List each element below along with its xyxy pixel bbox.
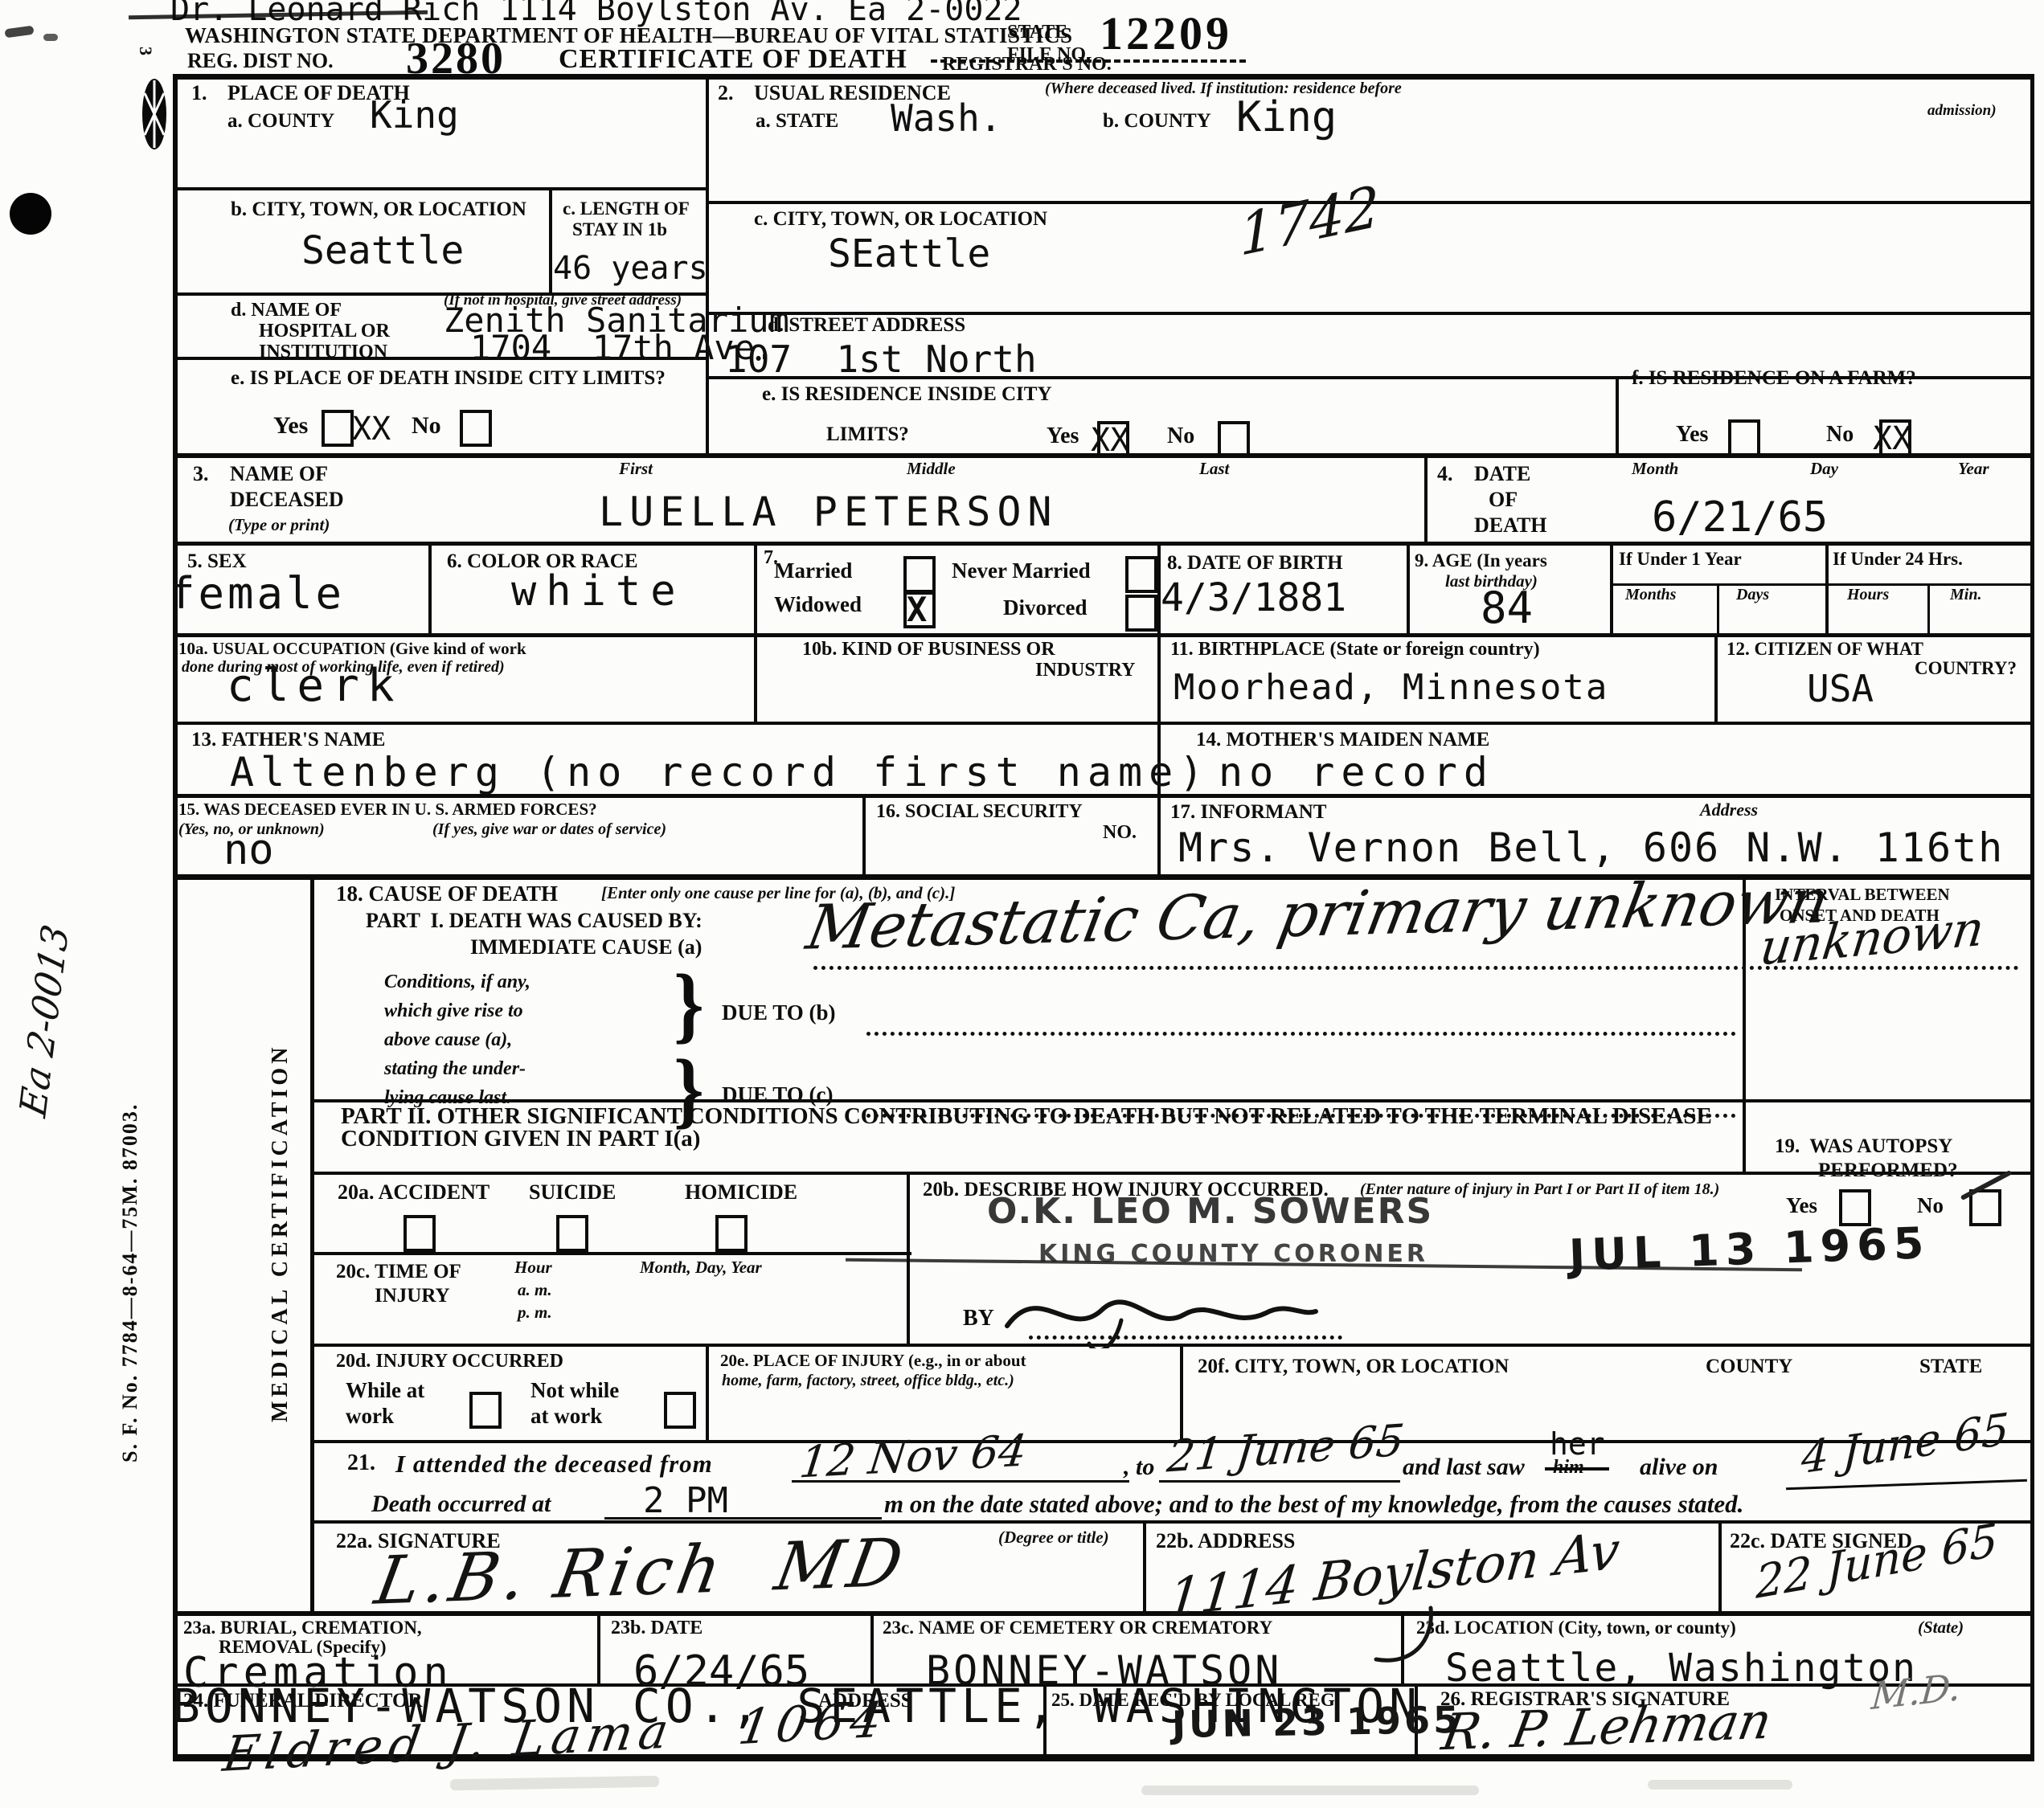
birthplace-label: 11. BIRTHPLACE (State or foreign country…	[1170, 640, 1540, 660]
injury-mdy-label: Month, Day, Year	[640, 1258, 762, 1276]
armed-forces-hint-2: (If yes, give war or dates of service)	[432, 821, 666, 838]
father-label: 13. FATHER'S NAME	[191, 730, 385, 751]
stay-value: 46 years	[553, 252, 708, 284]
item2-hint: (Where deceased lived. If institution: r…	[1045, 80, 1402, 97]
rule	[870, 1611, 874, 1683]
res-limits-no-label: No	[1167, 424, 1194, 448]
cemetery-label: 23c. NAME OF CEMETERY OR CREMATORY	[883, 1618, 1272, 1638]
location-label: 23d. LOCATION (City, town, or county)	[1416, 1618, 1736, 1638]
dod-col-year: Year	[1958, 460, 1989, 477]
dob-label: 8. DATE OF BIRTH	[1167, 553, 1343, 574]
rule	[1717, 583, 1719, 633]
attended-text-6: m on the date stated above; and to the b…	[884, 1491, 1743, 1518]
cause-part1-label: PART I. DEATH WAS CAUSED BY:	[366, 910, 702, 931]
informant-label: 17. INFORMANT	[1170, 802, 1326, 823]
accident-label: 20a. ACCIDENT	[338, 1181, 489, 1203]
attended-text-3: and last saw	[1403, 1454, 1525, 1480]
citizen-label-2: COUNTRY?	[1915, 659, 2017, 678]
item1-number: 1.	[191, 82, 207, 104]
while-at-work-label-2: work	[346, 1405, 394, 1427]
conditions-line-1: Conditions, if any,	[384, 972, 530, 992]
printer-ornament	[138, 77, 170, 151]
under24-min: Min.	[1950, 587, 1981, 603]
rule	[1825, 542, 1829, 633]
injury-occurred-label: 20d. INJURY OCCURRED	[336, 1352, 563, 1372]
occupation-label-1: 10a. USUAL OCCUPATION (Give kind of work	[178, 640, 526, 657]
rule	[1610, 542, 1613, 633]
certificate-title: CERTIFICATE OF DEATH	[559, 45, 907, 74]
injury-city-label: 20f. CITY, TOWN, OR LOCATION	[1198, 1356, 1509, 1377]
death-time-value: 2 PM	[643, 1483, 728, 1519]
mother-value: no record	[1219, 752, 1494, 792]
city-value: Seattle	[301, 231, 464, 270]
name-col-last: Last	[1199, 460, 1229, 477]
cb-married	[903, 556, 936, 593]
res-county-label: b. COUNTY	[1103, 111, 1211, 132]
under24-hours: Hours	[1847, 587, 1889, 603]
res-city-scribble: 1742	[1239, 178, 1381, 264]
autopsy-label-1: 19. WAS AUTOPSY	[1775, 1136, 1952, 1157]
mother-label: 14. MOTHER'S MAIDEN NAME	[1196, 730, 1489, 751]
scan-smudge	[1141, 1786, 1479, 1795]
business-label-2: INDUSTRY	[1035, 661, 1136, 681]
res-county-value: King	[1236, 96, 1337, 138]
cb-injury-at-work	[469, 1392, 502, 1429]
not-while-label-2: at work	[530, 1405, 602, 1427]
death-certificate-scan: 3 S. F. No. 7784—8-64—75M. 87003. MEDICA…	[0, 0, 2044, 1808]
date-received-stamp: JUN 23 1965	[1172, 1701, 1463, 1743]
date-of-death-value: 6/21/65	[1652, 497, 1828, 538]
widowed-x-mark: X	[907, 593, 927, 627]
rule	[706, 1344, 709, 1440]
street-label: d. STREET ADDRESS	[768, 315, 965, 336]
signer-address-label: 22b. ADDRESS	[1156, 1530, 1295, 1552]
dod-col-month: Month	[1632, 460, 1678, 477]
conditions-line-2: which give rise to	[384, 1001, 523, 1021]
coroner-date-stamp: JUL 13 1965	[1568, 1221, 1931, 1278]
part2-line-1: PART II. OTHER SIGNIFICANT CONDITIONS CO…	[341, 1104, 1712, 1128]
rule	[1407, 542, 1410, 633]
street-value: 107 1st North	[725, 341, 1037, 378]
injury-state-label: STATE	[1919, 1356, 1982, 1377]
armed-forces-label: 15. WAS DECEASED EVER IN U. S. ARMED FOR…	[178, 800, 597, 818]
cb-autopsy-no	[1969, 1189, 2001, 1226]
under1-title: If Under 1 Year	[1619, 550, 1742, 569]
place-of-injury-label-1: 20e. PLACE OF INJURY (e.g., in or about	[720, 1352, 1026, 1369]
rule	[173, 633, 2034, 637]
rule	[312, 1520, 2034, 1524]
location-state-label: (State)	[1918, 1618, 1964, 1636]
coroner-by-label: BY	[963, 1307, 994, 1330]
item2-number: 2.	[718, 82, 734, 104]
rule	[1159, 1480, 1400, 1483]
item3-label-3: (Type or print)	[228, 516, 330, 534]
registrar-md-note: M.D.	[1870, 1668, 1962, 1715]
rule	[173, 722, 2034, 725]
deceased-name-value: LUELLA PETERSON	[599, 492, 1059, 532]
injury-am-label: a. m.	[518, 1281, 552, 1299]
while-at-work-label-1: While at	[346, 1379, 424, 1401]
race-value: white	[511, 571, 686, 612]
form-number-margin: S. F. No. 7784—8-64—75M. 87003.	[119, 852, 141, 1462]
time-of-injury-label-1: 20c. TIME OF	[336, 1262, 461, 1282]
dob-value: 4/3/1881	[1161, 579, 1346, 617]
armed-forces-value: no	[223, 829, 274, 871]
autopsy-yes-label: Yes	[1786, 1194, 1817, 1217]
farm-yes-label: Yes	[1676, 423, 1708, 446]
res-city-label: c. CITY, TOWN, OR LOCATION	[754, 209, 1047, 230]
hospital-label-3: INSTITUTION	[259, 342, 387, 362]
not-while-label-1: Not while	[530, 1379, 619, 1401]
location-value: Seattle, Washington	[1445, 1649, 1917, 1687]
county-label: a. COUNTY	[227, 111, 334, 132]
hole-punch-dot	[10, 193, 51, 235]
rule	[1143, 1520, 1146, 1611]
rule	[549, 187, 552, 292]
item4-label-2: OF	[1489, 489, 1518, 510]
rule	[173, 542, 2034, 546]
farm-no-label: No	[1826, 423, 1854, 446]
business-label-1: 10b. KIND OF BUSINESS OR	[802, 640, 1055, 660]
citizen-label-1: 12. CITIZEN OF WHAT	[1727, 640, 1923, 659]
citizen-value: USA	[1807, 670, 1874, 707]
place-limits-xx-mark: XX	[352, 413, 391, 445]
rule	[862, 794, 866, 874]
item4-label-1: DATE	[1474, 463, 1530, 485]
rule	[173, 74, 2034, 80]
res-state-value: Wash.	[891, 100, 1002, 137]
under1-days: Days	[1736, 587, 1769, 603]
rule	[1616, 376, 1619, 456]
age-value: 84	[1481, 587, 1533, 630]
scan-smudge	[4, 26, 34, 39]
state-file-number: 12209	[1100, 10, 1232, 59]
father-value: Altenberg (no record first name)	[230, 752, 1210, 792]
scan-smudge	[450, 1776, 659, 1791]
autopsy-no-label: No	[1917, 1194, 1944, 1217]
res-limits-label-1: e. IS RESIDENCE INSIDE CITY	[762, 384, 1052, 405]
name-col-middle: Middle	[907, 460, 956, 477]
injury-pm-label: p. m.	[518, 1303, 552, 1321]
conditions-line-4: stating the under-	[384, 1059, 526, 1079]
coroner-stamp-line2: KING COUNTY CORONER	[1038, 1242, 1428, 1266]
stay-label-1: c. LENGTH OF	[563, 199, 690, 219]
due-to-b-label: DUE TO (b)	[722, 1001, 836, 1024]
registrar-signature: R. P. Lehman	[1439, 1696, 1776, 1758]
farm-label: f. IS RESIDENCE ON A FARM?	[1632, 368, 1916, 389]
attended-text-1: I attended the deceased from	[395, 1451, 713, 1478]
city-label: b. CITY, TOWN, OR LOCATION	[231, 199, 526, 220]
rule	[1714, 633, 1718, 722]
res-limits-yes-label: Yes	[1047, 424, 1079, 448]
reg-dist-label: REG. DIST NO.	[187, 50, 334, 72]
cb-accident	[403, 1215, 436, 1252]
injury-hour-label: Hour	[514, 1258, 552, 1276]
homicide-label: HOMICIDE	[685, 1181, 797, 1203]
occupation-value: clerk	[227, 664, 403, 709]
item3-label-1: NAME OF	[230, 463, 328, 485]
time-of-injury-label-2: INJURY	[375, 1286, 450, 1307]
her-typed-correction: her	[1550, 1429, 1605, 1459]
rule	[597, 1611, 600, 1683]
stay-label-2: STAY IN 1b	[572, 220, 667, 239]
stray-pen-mark	[1366, 1603, 1447, 1675]
injury-county-label: COUNTY	[1706, 1356, 1792, 1377]
ssn-label-1: 16. SOCIAL SECURITY	[876, 802, 1083, 822]
marital-married-label: Married	[774, 559, 852, 582]
ssn-label-2: NO.	[1103, 823, 1137, 843]
place-limits-yes-label: Yes	[273, 413, 308, 439]
marital-never-label: Never Married	[952, 559, 1091, 582]
rule	[907, 1172, 910, 1344]
res-state-label: a. STATE	[756, 111, 838, 132]
cb-suicide	[556, 1215, 588, 1252]
interval-label-1: INTERVAL BETWEEN	[1775, 886, 1950, 903]
state-file-label-1: STATE	[1007, 22, 1067, 43]
rule	[866, 1032, 1736, 1036]
coroner-stamp-line1: O.K. LEO M. SOWERS	[987, 1194, 1433, 1229]
rule	[312, 1172, 2034, 1175]
cause-handwritten-value: Metastatic Ca, primary unknown	[802, 870, 1833, 959]
cause-immediate-label: IMMEDIATE CAUSE (a)	[470, 936, 702, 958]
farm-yes-checkbox	[1728, 419, 1760, 456]
item3-label-2: DECEASED	[230, 489, 344, 510]
place-limits-label: e. IS PLACE OF DEATH INSIDE CITY LIMITS?	[231, 368, 666, 389]
under24-title: If Under 24 Hrs.	[1833, 550, 1963, 569]
attended-to-handwritten: 21 June 65	[1165, 1418, 1406, 1479]
age-label-1: 9. AGE (In years	[1415, 551, 1547, 571]
informant-value: Mrs. Vernon Bell, 606 N.W. 116th	[1178, 828, 2004, 868]
place-limits-yes-checkbox	[322, 410, 354, 447]
rule	[173, 187, 707, 190]
rule	[1180, 1344, 1183, 1440]
scan-smudge	[43, 34, 58, 41]
burial-date-label: 23b. DATE	[611, 1618, 702, 1638]
place-limits-no-checkbox	[460, 410, 492, 447]
marital-divorced-label: Divorced	[1003, 596, 1087, 619]
attended-from-handwritten: 12 Nov 64	[797, 1429, 1029, 1484]
item3-number: 3.	[193, 463, 209, 485]
burial-label-1: 23a. BURIAL, CREMATION,	[183, 1618, 422, 1638]
rule	[312, 1099, 2034, 1102]
rule	[1029, 1336, 1342, 1340]
cb-never-married	[1125, 556, 1157, 593]
res-city-value: SEattle	[828, 235, 990, 273]
cb-divorced	[1125, 595, 1157, 632]
item2-hint-2: admission)	[1927, 103, 1997, 119]
sex-value: female	[169, 572, 345, 616]
under1-months: Months	[1625, 587, 1676, 603]
rule	[310, 874, 314, 1611]
margin-handwritten-code: Ea 2-0013	[14, 921, 74, 1120]
attended-text-4: alive on	[1640, 1454, 1718, 1480]
cause-label: 18. CAUSE OF DEATH	[336, 882, 558, 905]
res-limits-xx-mark: XX	[1091, 424, 1129, 456]
rule	[428, 542, 432, 633]
marital-widowed-label: Widowed	[774, 593, 862, 616]
cb-homicide	[715, 1215, 748, 1252]
page-number: 3	[137, 47, 155, 55]
cb-injury-not-at-work	[664, 1392, 696, 1429]
death-occurred-text: Death occurred at	[371, 1491, 551, 1517]
hospital-label-2: HOSPITAL OR	[259, 321, 390, 342]
physician-signature: L.B. Rich MD	[371, 1530, 912, 1615]
place-of-injury-label-2: home, farm, factory, street, office bldg…	[722, 1372, 1014, 1389]
rule	[1927, 583, 1930, 633]
rule	[1424, 453, 1428, 542]
hospital-label-1: d. NAME OF	[231, 301, 342, 321]
autopsy-label-2: PERFORMED?	[1818, 1160, 1958, 1181]
suicide-label: SUICIDE	[529, 1181, 616, 1203]
medical-certification-label: MEDICAL CERTIFICATION	[268, 892, 292, 1422]
attended-text-2: , to	[1124, 1454, 1154, 1480]
informant-address-label: Address	[1700, 800, 1758, 819]
rule	[2030, 74, 2034, 1760]
name-col-first: First	[619, 460, 653, 477]
item21-number: 21.	[347, 1451, 375, 1475]
farm-xx-mark: XX	[1873, 423, 1911, 455]
item4-label-3: DEATH	[1474, 514, 1547, 536]
conditions-line-3: above cause (a),	[384, 1030, 512, 1050]
scan-smudge	[1648, 1780, 1792, 1790]
res-limits-label-2: LIMITS?	[826, 424, 909, 445]
brace-glyph: }	[674, 960, 704, 1049]
registrars-no-label: REGISTRAR'S NO.	[942, 55, 1112, 75]
place-limits-no-label: No	[412, 413, 441, 439]
rule	[1718, 1520, 1722, 1611]
birthplace-value: Moorhead, Minnesota	[1174, 670, 1608, 706]
rule	[173, 74, 178, 1760]
part2-line-2: CONDITION GIVEN IN PART I(a)	[341, 1127, 700, 1151]
res-limits-no-checkbox	[1218, 421, 1250, 458]
last-seen-handwritten: 4 June 65	[1800, 1407, 2009, 1480]
degree-title-label: (Degree or title)	[998, 1528, 1109, 1546]
county-value: King	[370, 96, 459, 133]
rule	[312, 1252, 911, 1255]
dod-col-day: Day	[1810, 460, 1838, 477]
strike-mark	[1545, 1467, 1609, 1471]
rule	[754, 542, 757, 722]
item4-number: 4.	[1437, 463, 1453, 485]
